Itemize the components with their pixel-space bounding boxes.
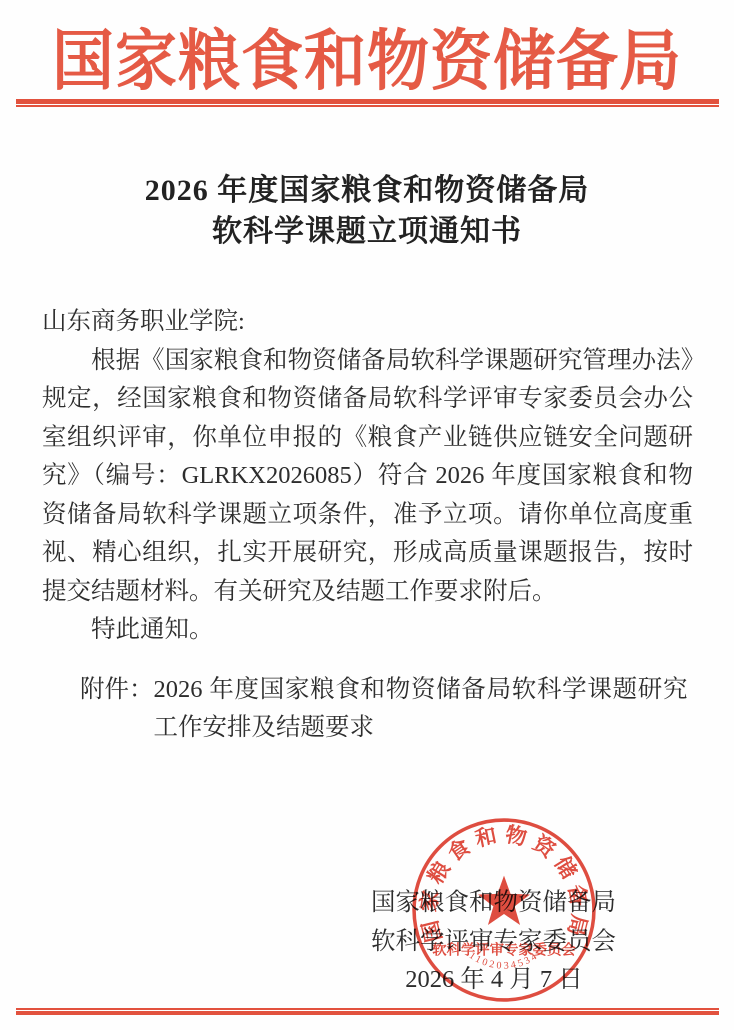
- signature-date: 2026 年 4 月 7 日: [371, 961, 617, 1000]
- header-rule-thin: [16, 105, 719, 107]
- signature-block: 国家粮食和物资储备局 软科学评审专家委员会 2026 年 4 月 7 日: [371, 884, 617, 1000]
- footer-rule-thin: [16, 1008, 719, 1010]
- document-title-line1: 2026 年度国家粮食和物资储备局: [0, 170, 734, 211]
- footer-rule: [16, 1008, 719, 1015]
- document-page: 国家粮食和物资储备局 2026 年度国家粮食和物资储备局 软科学课题立项通知书 …: [0, 0, 734, 1030]
- signature-org-line1: 国家粮食和物资储备局: [371, 884, 617, 923]
- header-rule: [16, 99, 719, 107]
- document-title-line2: 软科学课题立项通知书: [0, 211, 734, 252]
- attachment-text: 2026 年度国家粮食和物资储备局软科学课题研究工作安排及结题要求: [154, 671, 688, 748]
- document-body: 山东商务职业学院: 根据《国家粮食和物资储备局软科学课题研究管理办法》规定，经国…: [42, 303, 693, 748]
- letterhead-agency-name: 国家粮食和物资储备局: [0, 8, 734, 102]
- attachment-label: 附件：: [80, 671, 154, 748]
- paragraph-main: 根据《国家粮食和物资储备局软科学课题研究管理办法》规定，经国家粮食和物资储备局软…: [42, 342, 693, 612]
- header-rule-thick: [16, 99, 719, 104]
- salutation: 山东商务职业学院:: [42, 303, 693, 342]
- paragraph-notice: 特此通知。: [42, 611, 693, 650]
- signature-org-line2: 软科学评审专家委员会: [371, 923, 617, 962]
- footer-rule-thick: [16, 1011, 719, 1015]
- document-title: 2026 年度国家粮食和物资储备局 软科学课题立项通知书: [0, 170, 734, 252]
- attachment-line: 附件： 2026 年度国家粮食和物资储备局软科学课题研究工作安排及结题要求: [80, 671, 693, 748]
